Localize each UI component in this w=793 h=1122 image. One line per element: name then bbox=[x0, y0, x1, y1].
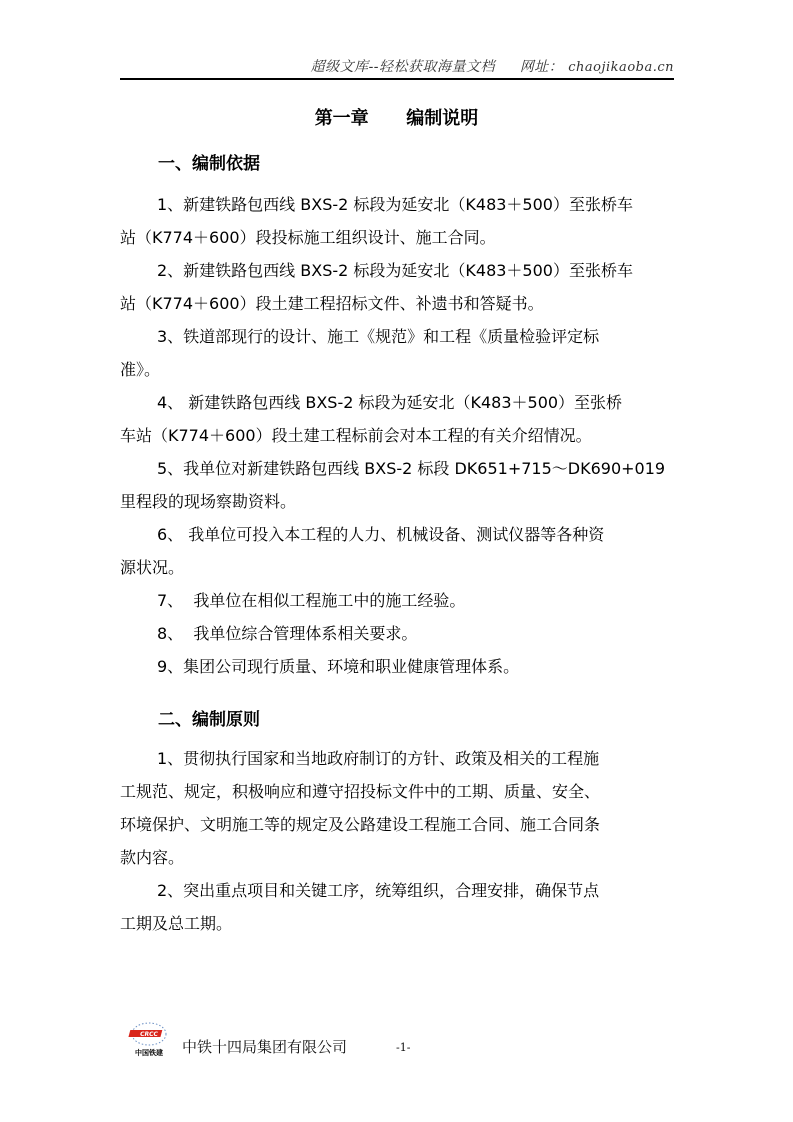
text-line: 7、 我单位在相似工程施工中的施工经验。 bbox=[120, 584, 676, 617]
page-number: -1- bbox=[396, 1041, 410, 1054]
text-line: 1、新建铁路包西线 BXS-2 标段为延安北（K483＋500）至张桥车 bbox=[120, 188, 676, 221]
text-line: 8、 我单位综合管理体系相关要求。 bbox=[120, 617, 676, 650]
page-footer: CRCC 中国铁建 中铁十四局集团有限公司 -1- bbox=[0, 1018, 793, 1068]
text-line: 环境保护、文明施工等的规定及公路建设工程施工合同、施工合同条 bbox=[120, 808, 676, 841]
section-heading: 二、编制原则 bbox=[158, 705, 260, 730]
text-line: 车站（K774＋600）段土建工程标前会对本工程的有关介绍情况。 bbox=[120, 419, 676, 452]
section-heading: 一、编制依据 bbox=[158, 149, 260, 174]
page-header: 超级文库--轻松获取海量文档 网址： chaojikaoba.cn bbox=[0, 56, 674, 76]
svg-text:CRCC: CRCC bbox=[140, 1031, 158, 1038]
text-line: 准》。 bbox=[120, 353, 676, 386]
text-line: 2、突出重点项目和关键工序，统筹组织，合理安排，确保节点 bbox=[120, 874, 676, 907]
header-site-label: 网址： bbox=[520, 59, 564, 75]
text-line: 6、 我单位可投入本工程的人力、机械设备、测试仪器等各种资 bbox=[120, 518, 676, 551]
paragraph: 1、新建铁路包西线 BXS-2 标段为延安北（K483＋500）至张桥车 站（K… bbox=[120, 188, 676, 683]
header-text: 超级文库--轻松获取海量文档 bbox=[311, 59, 495, 75]
company-name: 中铁十四局集团有限公司 bbox=[182, 1036, 347, 1057]
text-line: 工期及总工期。 bbox=[120, 907, 676, 940]
svg-text:中国铁建: 中国铁建 bbox=[135, 1048, 163, 1057]
paragraph: 1、贯彻执行国家和当地政府制订的方针、政策及相关的工程施 工规范、规定，积极响应… bbox=[120, 742, 676, 940]
text-line: 里程段的现场察勘资料。 bbox=[120, 485, 676, 518]
header-rule bbox=[120, 78, 674, 80]
text-line: 9、集团公司现行质量、环境和职业健康管理体系。 bbox=[120, 650, 676, 683]
text-line: 工规范、规定，积极响应和遵守招投标文件中的工期、质量、安全、 bbox=[120, 775, 676, 808]
text-line: 3、铁道部现行的设计、施工《规范》和工程《质量检验评定标 bbox=[120, 320, 676, 353]
text-line: 1、贯彻执行国家和当地政府制订的方针、政策及相关的工程施 bbox=[120, 742, 676, 775]
text-line: 款内容。 bbox=[120, 841, 676, 874]
text-line: 2、新建铁路包西线 BXS-2 标段为延安北（K483＋500）至张桥车 bbox=[120, 254, 676, 287]
text-line: 5、我单位对新建铁路包西线 BXS-2 标段 DK651+715～DK690+0… bbox=[120, 452, 676, 485]
header-site: chaojikaoba.cn bbox=[568, 60, 674, 75]
text-line: 站（K774＋600）段投标施工组织设计、施工合同。 bbox=[120, 221, 676, 254]
crcc-logo-icon: CRCC 中国铁建 bbox=[125, 1020, 173, 1058]
text-line: 站（K774＋600）段土建工程招标文件、补遗书和答疑书。 bbox=[120, 287, 676, 320]
chapter-title: 第一章 编制说明 bbox=[0, 104, 793, 130]
text-line: 4、 新建铁路包西线 BXS-2 标段为延安北（K483＋500）至张桥 bbox=[120, 386, 676, 419]
text-line: 源状况。 bbox=[120, 551, 676, 584]
